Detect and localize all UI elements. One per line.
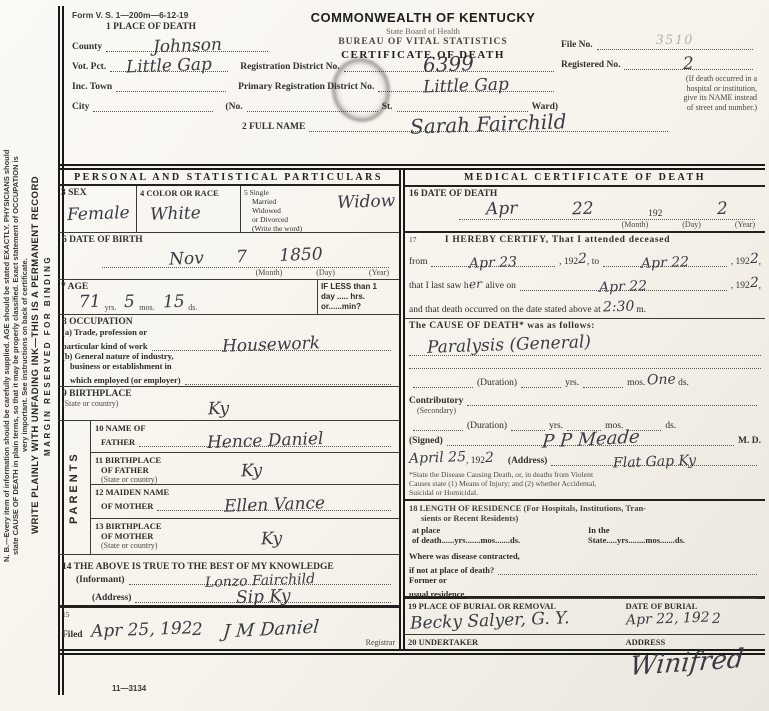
contracted-line2: if not at place of death? — [409, 565, 494, 575]
mother-name-value: Ellen Vance — [223, 493, 325, 517]
dod-year-label: (Year) — [735, 220, 755, 229]
medical-column: MEDICAL CERTIFICATE OF DEATH 16 DATE OF … — [405, 170, 765, 649]
father-name-field: FATHER Hence Daniel — [95, 433, 395, 447]
file-no-line: 3510 — [597, 36, 753, 50]
certify-heading-line: 17 I HEREBY CERTIFY, That I attended dec… — [409, 235, 761, 245]
registered-no-value: 2 — [683, 54, 695, 74]
burial-year-digit: 2 — [711, 611, 720, 627]
contributory-block: Contributory (Secondary) (Duration) yrs.… — [405, 390, 765, 430]
former-field: usual residence — [409, 585, 761, 599]
cause-line1: Paralysis (General) — [409, 331, 761, 356]
age-ds-label: ds. — [188, 303, 197, 312]
dod-month-value: Apr — [486, 198, 518, 219]
cause-duration-label: (Duration) — [477, 378, 517, 388]
dob-value: Nov 7 1850 — [168, 244, 322, 269]
dob-day-label: (Day) — [316, 268, 335, 277]
mother-name-field: OF MOTHER Ellen Vance — [95, 497, 395, 511]
registered-no-field: Registered No. 2 — [561, 56, 757, 70]
marital-line5: (Write the word) — [252, 224, 396, 233]
margin-binding-note: MARGIN RESERVED FOR BINDING — [42, 6, 54, 704]
last-saw-prefix: that I last saw h — [409, 281, 469, 291]
occupation-a-line: Housework — [152, 337, 391, 351]
filed-year-digit: 2 — [192, 620, 204, 640]
contracted-lead — [498, 561, 757, 575]
of-death-line: of death......yrs.......mos.......ds. — [412, 535, 582, 545]
from-year-printed: , 192 — [559, 257, 578, 267]
full-name-value: Sarah Fairchild — [410, 109, 567, 138]
form-header: Form V. S. 1—200m—6-12-19 1 PLACE OF DEA… — [72, 10, 759, 168]
undertaker-label: 20 UNDERTAKER — [408, 637, 620, 647]
personal-column: PERSONAL AND STATISTICAL PARTICULARS 3 S… — [58, 170, 405, 649]
last-alive-value: Apr 22 — [599, 278, 648, 296]
age-values: 71 yrs. 5 mos. 15 ds. — [79, 292, 314, 312]
signed-address-lead: Flat Gap Ky — [551, 452, 757, 466]
if-less-box: IF LESS than 1 day ..... hrs. or......mi… — [317, 280, 399, 314]
primary-registration-line: Little Gap — [378, 78, 554, 92]
if-less-line1: IF LESS than 1 — [321, 282, 396, 292]
last-saw-line: that I last saw h er alive on Apr 22 , 1… — [409, 275, 761, 291]
city-line — [93, 98, 213, 112]
attended-from-year: 2 — [578, 251, 587, 267]
dod-month-label: (Month) — [622, 220, 649, 229]
at-place-label: at place — [412, 525, 582, 535]
occupation-value: Housework — [222, 333, 321, 356]
hospital-note-line3: give its NAME instead — [561, 93, 757, 103]
attended-from-lead: Apr 23 — [431, 253, 555, 267]
city-street-row: City (No. St. Ward) — [72, 98, 558, 112]
vot-pct-label: Vot. Pct. — [72, 62, 106, 72]
last-alive-year: 2 — [749, 275, 758, 291]
medical-section-title: MEDICAL CERTIFICATE OF DEATH — [405, 170, 765, 187]
father-birthplace-row: 11 BIRTHPLACE OF FATHER (State or countr… — [91, 452, 399, 484]
registered-no-label: Registered No. — [561, 60, 620, 70]
color-label: 4 COLOR OR RACE — [140, 188, 237, 198]
burial-row: 19 PLACE OF BURIAL OR REMOVAL Becky Saly… — [405, 599, 765, 635]
signed-address-label: (Address) — [508, 456, 547, 466]
file-no-value: 3510 — [656, 32, 694, 49]
left-margin-notes: N. B.—Every item of information should b… — [0, 0, 58, 711]
alive-on-label: alive on — [485, 281, 515, 291]
to-label: , to — [587, 257, 599, 267]
commonwealth-title: COMMONWEALTH OF KENTUCKY — [268, 10, 578, 25]
footnote-line3: Suicidal or Homicidal. — [409, 488, 761, 497]
dob-year-label: (Year) — [369, 268, 389, 277]
mother-birthplace-label3: (State or country) — [101, 541, 395, 550]
burial-value: Becky Salyer, G. Y. — [410, 608, 570, 634]
former-line2: usual residence — [409, 589, 464, 599]
filed-date-value: Apr 25, 192 — [90, 618, 192, 642]
footnote-line1: *State the Disease Causing Death, or, in… — [409, 470, 761, 479]
state-board-subtitle: State Board of Health — [268, 26, 578, 36]
parents-vertical-label: PARENTS — [58, 421, 90, 554]
bureau-subtitle: BUREAU OF VITAL STATISTICS — [268, 37, 578, 47]
burial-place-cell: 19 PLACE OF BURIAL OR REMOVAL Becky Saly… — [405, 599, 623, 634]
contracted-field: if not at place of death? — [409, 561, 761, 575]
signed-block: (Signed) P P Meade M. D. April 25 , 192 … — [405, 430, 765, 468]
sex-label: 3 SEX — [61, 188, 133, 198]
burial-date-field: Apr 22, 192 2 — [626, 611, 762, 627]
cause-duration-lead3 — [583, 374, 623, 388]
occupation-b2: business or establishment in — [70, 361, 395, 371]
form-code: 11—3134 — [112, 684, 146, 693]
former-line1: Former or — [409, 575, 761, 585]
margin-nb-line2: state CAUSE OF DEATH in plain terms, so … — [11, 6, 20, 705]
file-registered-block: File No. 3510 Registered No. 2 (If death… — [561, 36, 757, 112]
county-field: County Johnson — [72, 38, 272, 52]
mother-name-line: Ellen Vance — [157, 497, 391, 511]
occupation-b-field: which employed (or employer) — [62, 371, 395, 385]
full-name-label: 2 FULL NAME — [242, 122, 305, 132]
contracted-line1: Where was disease contracted, — [409, 551, 761, 561]
burial-date-cell: DATE OF BURIAL Apr 22, 192 2 — [623, 599, 765, 634]
certificate-body: PERSONAL AND STATISTICAL PARTICULARS 3 S… — [58, 164, 765, 655]
death-time-value: 2:30 — [602, 298, 634, 315]
margin-write-plainly: WRITE PLAINLY WITH UNFADING INK—THIS IS … — [29, 6, 42, 703]
vot-pct-value: Little Gap — [126, 55, 213, 78]
certify-block: 17 I HEREBY CERTIFY, That I attended dec… — [405, 233, 765, 319]
color-cell: 4 COLOR OR RACE White — [136, 186, 240, 232]
father-name-value: Hence Daniel — [207, 429, 324, 453]
cause-value: Paralysis (General) — [427, 332, 592, 358]
attended-from-value: Apr 23 — [469, 254, 518, 272]
age-cell: 7 AGE 71 yrs. 5 mos. 15 ds. — [58, 280, 317, 314]
pronoun-value: er — [468, 277, 481, 291]
cause-duration-line: (Duration) yrs. mos. One ds. — [409, 372, 761, 388]
occupation-a2: particular kind of work — [62, 341, 148, 351]
state-line: State.....yrs........mos.......ds. — [588, 535, 758, 545]
age-row: 7 AGE 71 yrs. 5 mos. 15 ds. IF LESS than… — [58, 280, 399, 315]
dod-year-digit: 2 — [717, 199, 729, 219]
attended-to-year: 2 — [749, 251, 758, 267]
informant-address-row: (Address) Sip Ky — [58, 587, 399, 608]
father-name-row: 10 NAME OF FATHER Hence Daniel — [91, 421, 399, 452]
residence-label1: 18 LENGTH OF RESIDENCE (For Hospitals, I… — [409, 503, 761, 513]
filed-number: 15 — [62, 610, 395, 619]
father-name-line: Hence Daniel — [139, 433, 391, 447]
cause-duration-lead2 — [521, 374, 561, 388]
cause-footnote: *State the Disease Causing Death, or, in… — [405, 468, 765, 501]
color-value: White — [150, 203, 201, 225]
residence-label2: sients or Recent Residents) — [421, 513, 761, 523]
filed-field: Filed Apr 25, 192 2 J M Daniel — [62, 619, 395, 640]
cause-yrs-label: yrs. — [565, 378, 579, 388]
birthplace-label: 9 BIRTHPLACE — [62, 389, 395, 399]
residence-in-state: In the State.....yrs........mos.......ds… — [585, 523, 761, 547]
inctown-primary-row: Inc. Town Primary Registration District … — [72, 78, 558, 92]
street-no-label: (No. — [225, 102, 242, 112]
filed-label: Filed — [62, 630, 83, 640]
informant-address-value: Sip Ky — [236, 586, 291, 608]
dob-row: 6 DATE OF BIRTH Nov 7 1850 (Month) (Day)… — [58, 233, 399, 280]
vot-pct-line: Little Gap — [110, 58, 228, 72]
dod-year-printed: 192 — [648, 209, 662, 219]
sex-color-marital-row: 3 SEX Female 4 COLOR OR RACE White 5 Sin… — [58, 186, 399, 233]
signed-line: (Signed) P P Meade M. D. — [409, 432, 761, 446]
contributory-label: Contributory — [409, 396, 463, 406]
filed-row: 15 Filed Apr 25, 192 2 J M Daniel Regist… — [58, 608, 399, 649]
occupation-label: 8 OCCUPATION — [62, 317, 395, 327]
dod-day-label: (Day) — [682, 220, 701, 229]
parents-rows: 10 NAME OF FATHER Hence Daniel 11 BIRTHP… — [90, 421, 399, 554]
occupation-row: 8 OCCUPATION (a) Trade, profession or pa… — [58, 315, 399, 387]
to-year-printed: , 192 — [731, 257, 750, 267]
death-time-m-label: m. — [636, 305, 646, 315]
age-mos-label: mos. — [139, 303, 154, 312]
death-certificate-scan: N. B.—Every item of information should b… — [0, 0, 769, 711]
primary-registration-value: Little Gap — [423, 75, 510, 98]
certify-text: I HEREBY CERTIFY, That I attended deceas… — [445, 235, 670, 245]
signed-date-value: April 25 — [409, 449, 467, 467]
dod-sublabels: (Month) (Day) (Year) — [409, 220, 761, 229]
street-line — [397, 98, 528, 112]
burial-date-value: Apr 22, 192 — [625, 609, 709, 628]
in-the-label: In the — [588, 525, 758, 535]
birthplace-value: Ky — [208, 399, 230, 420]
mother-name-label2: OF MOTHER — [101, 501, 153, 511]
birthplace-row: 9 BIRTHPLACE (State or country) Ky — [58, 387, 399, 421]
cause-line2 — [409, 356, 761, 369]
personal-section-title: PERSONAL AND STATISTICAL PARTICULARS — [58, 170, 399, 186]
sex-value: Female — [67, 203, 130, 225]
residence-lines: at place of death......yrs.......mos....… — [409, 523, 761, 547]
undertaker-cell: 20 UNDERTAKER — [405, 635, 623, 649]
date-of-death-row: 16 DATE OF DEATH Apr 22 192 2 (Month) (D… — [405, 187, 765, 233]
signed-date-line: April 25 , 192 2 (Address) Flat Gap Ky — [409, 450, 761, 466]
mother-birthplace-value: Ky — [261, 529, 283, 550]
marital-line4: or Divorced — [252, 215, 396, 224]
signed-label: (Signed) — [409, 436, 443, 446]
death-occurred-text: and that death occurred on the date stat… — [409, 305, 601, 315]
signed-lead: P P Meade — [447, 432, 734, 446]
date-of-death-line: Apr 22 192 2 — [459, 199, 755, 220]
attended-from-line: from Apr 23 , 192 2 , to Apr 22 , 192 2 … — [409, 251, 761, 267]
marital-cell: 5 Single Married Widowed or Divorced (Wr… — [240, 186, 399, 232]
hospital-note-line4: of street and number.) — [561, 103, 757, 113]
margin-nb-line3: very important. See instructions on back… — [20, 6, 29, 705]
last-alive-lead: Apr 22 — [520, 277, 727, 291]
mother-name-row: 12 MAIDEN NAME OF MOTHER Ellen Vance — [91, 484, 399, 518]
signed-value: P P Meade — [541, 426, 640, 452]
cause-ds-label: ds. — [678, 378, 689, 388]
if-less-line3: or......min? — [321, 302, 396, 312]
dob-month-label: (Month) — [256, 268, 283, 277]
contributory-line: Contributory — [409, 392, 761, 406]
alive-year-printed: , 192 — [731, 281, 750, 291]
mother-birthplace-label2: OF MOTHER — [101, 531, 395, 541]
hospital-note-line2: hospital or institution, — [561, 84, 757, 94]
cause-duration-lead1 — [413, 374, 473, 388]
occupation-a-field: particular kind of work Housework — [62, 337, 395, 351]
occupation-b-line — [185, 371, 391, 385]
parents-block: PARENTS 10 NAME OF FATHER Hence Daniel 1… — [58, 421, 399, 555]
informant-line: Lonzo Fairchild — [129, 571, 391, 585]
dod-day-value: 22 — [572, 198, 594, 219]
attended-to-value: Apr 22 — [641, 254, 690, 272]
age-days-value: 15 — [162, 292, 184, 313]
cause-of-death-block: The CAUSE OF DEATH* was as follows: Para… — [405, 319, 765, 390]
dob-sublabels: (Month) (Day) (Year) — [62, 268, 395, 277]
signed-year-printed: , 192 — [466, 456, 485, 466]
death-occurred-line: and that death occurred on the date stat… — [409, 299, 761, 315]
if-less-line2: day ..... hrs. — [321, 292, 396, 302]
marital-value: Widow — [336, 191, 395, 213]
informant-label: (Informant) — [76, 575, 125, 585]
age-label: 7 AGE — [61, 282, 314, 292]
md-label: M. D. — [738, 436, 761, 446]
occupation-b3: which employed (or employer) — [70, 375, 181, 385]
hospital-note-line1: (If death occurred in a — [561, 74, 757, 84]
dob-label: 6 DATE OF BIRTH — [62, 235, 395, 245]
dob-line: Nov 7 1850 — [102, 247, 389, 268]
informant-address-label: (Address) — [92, 593, 131, 603]
informant-row: (Informant) Lonzo Fairchild — [58, 569, 399, 587]
contracted-block: Where was disease contracted, if not at … — [405, 549, 765, 599]
informant-field: (Informant) Lonzo Fairchild — [62, 571, 395, 585]
county-line: Johnson — [106, 38, 268, 52]
secondary-label: (Secondary) — [417, 406, 761, 415]
father-birthplace-value: Ky — [241, 461, 263, 482]
state-heading: COMMONWEALTH OF KENTUCKY State Board of … — [268, 10, 578, 61]
date-of-death-label: 16 DATE OF DEATH — [409, 189, 761, 199]
father-name-label2: FATHER — [101, 437, 135, 447]
county-label: County — [72, 42, 102, 52]
former-lead — [468, 585, 757, 599]
footnote-line2: Causes state (1) Means of Injury; and (2… — [409, 479, 761, 488]
certify-number: 17 — [409, 235, 417, 244]
city-label: City — [72, 102, 89, 112]
cause-duration-days-value: One — [647, 371, 676, 388]
informant-address-field: (Address) Sip Ky — [62, 589, 395, 603]
margin-nb-line1: N. B.—Every item of information should b… — [2, 6, 11, 705]
certificate-title: CERTIFICATE OF DEATH — [268, 49, 578, 61]
signed-year-digit: 2 — [485, 450, 494, 466]
registration-district-label: Registration District No. — [240, 62, 339, 72]
mother-birthplace-row: 13 BIRTHPLACE OF MOTHER (State or countr… — [91, 518, 399, 554]
informant-address-line: Sip Ky — [135, 589, 391, 603]
age-years-value: 71 — [79, 292, 101, 313]
full-name-field: 2 FULL NAME Sarah Fairchild — [242, 118, 672, 132]
age-months-value: 5 — [124, 292, 136, 312]
age-yrs-label: yrs. — [105, 303, 117, 312]
statement-row: 14 THE ABOVE IS TRUE TO THE BEST OF MY K… — [58, 555, 399, 569]
hospital-note: (If death occurred in a hospital or inst… — [561, 74, 757, 112]
cause-mos-label: mos. — [627, 378, 645, 388]
cause-label: The CAUSE OF DEATH* was as follows: — [409, 321, 761, 331]
attended-to-lead: Apr 22 — [603, 253, 727, 267]
sex-cell: 3 SEX Female — [58, 186, 136, 232]
residence-block: 18 LENGTH OF RESIDENCE (For Hospitals, I… — [405, 501, 765, 549]
contributory-lead — [467, 392, 757, 406]
residence-at-place: at place of death......yrs.......mos....… — [409, 523, 585, 547]
registered-no-line: 2 — [624, 56, 753, 70]
contrib-duration-lead1 — [413, 417, 463, 431]
from-label: from — [409, 257, 427, 267]
contrib-duration-lead2 — [511, 417, 545, 431]
mother-birthplace-label1: 13 BIRTHPLACE — [95, 521, 395, 531]
inc-town-line — [116, 78, 226, 92]
inc-town-label: Inc. Town — [72, 82, 112, 92]
file-no-label: File No. — [561, 40, 593, 50]
file-no-field: File No. 3510 — [561, 36, 757, 50]
